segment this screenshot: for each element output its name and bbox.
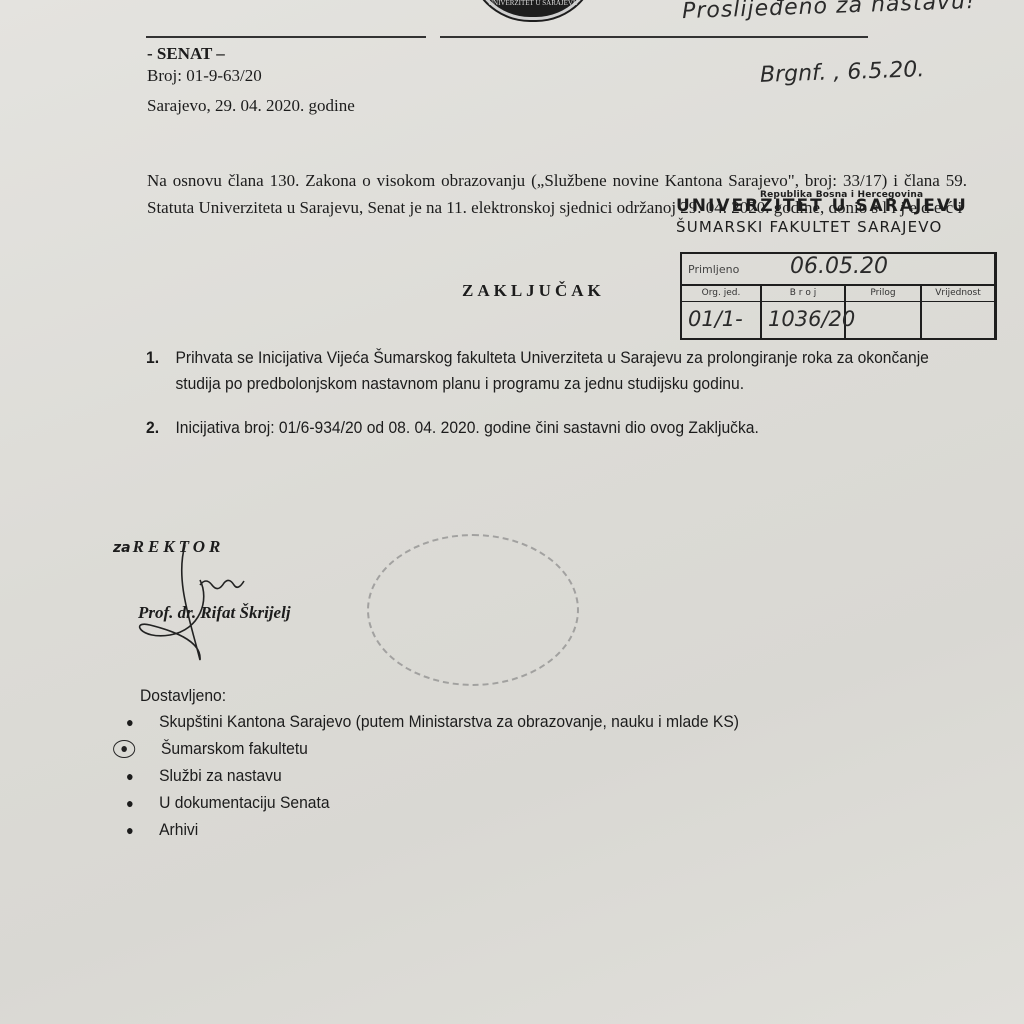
distribution-list: ●Skupštini Kantona Sarajevo (putem Minis… [126,708,739,843]
signature-block: zaREKTOR Prof. dr. Rifat Škrijelj [113,537,291,623]
handwritten-note: Proslijeđeno za nastavu! [682,0,977,24]
stamp-col-attachment: Prilog [846,286,922,338]
issuing-body: - SENAT – [147,44,225,64]
stamp-faculty: ŠUMARSKI FAKULTET SARAJEVO [676,218,968,236]
signature-prefix: za [113,540,131,556]
conclusion-item: 2. Inicijativa broj: 01/6-934/20 od 08. … [146,415,956,441]
conclusion-items: 1. Prihvata se Inicijativa Vijeća Šumars… [146,345,966,453]
recipient-item: ●Skupštini Kantona Sarajevo (putem Minis… [126,708,739,735]
document-number: Broj: 01-9-63/20 [147,66,262,86]
header-rule [146,36,426,38]
distribution-label: Dostavljeno: [140,686,226,706]
received-label: Primljeno [688,263,739,276]
stamp-col-number: B r o j1036/20 [762,286,846,338]
recipient-item: ●Službi za nastavu [126,762,739,789]
place-date: Sarajevo, 29. 04. 2020. godine [147,96,355,116]
signatory-role: REKTOR [133,537,225,556]
header-rule-right [440,36,868,38]
stamp-university: UNIVERZITET U SARAJEVU [676,196,968,216]
recipient-item: ●U dokumentaciju Senata [126,789,739,816]
signatory-name: Prof. dr. Rifat Škrijelj [138,603,291,623]
circled-bullet-icon [113,740,135,758]
seal-text: UNIVERZITET U SARAJEVU [488,0,578,7]
bullet-icon: ● [126,795,159,811]
faculty-stamp: Republika Bosna i Hercegovina UNIVERZITE… [676,190,968,236]
bullet-icon: ● [126,822,159,838]
handwritten-initials-date: Brgnf. , 6.5.20. [760,57,925,88]
recipient-item: Šumarskom fakultetu [126,735,739,762]
bullet-icon: ● [126,714,159,730]
recipient-item: ●Arhivi [126,816,739,843]
round-stamp [367,534,579,686]
bullet-icon: ● [126,768,159,784]
university-seal: UNIVERZITET U SARAJEVU [470,0,596,20]
receipt-stamp: Primljeno 06.05.20 Org. jed.01/1- B r o … [680,252,997,340]
document-title: ZAKLJUČAK [462,281,605,301]
stamp-col-value: Vrijednost [922,286,994,338]
received-date: 06.05.20 [790,254,888,279]
conclusion-item: 1. Prihvata se Inicijativa Vijeća Šumars… [146,345,956,397]
stamp-col-org: Org. jed.01/1- [682,286,762,338]
